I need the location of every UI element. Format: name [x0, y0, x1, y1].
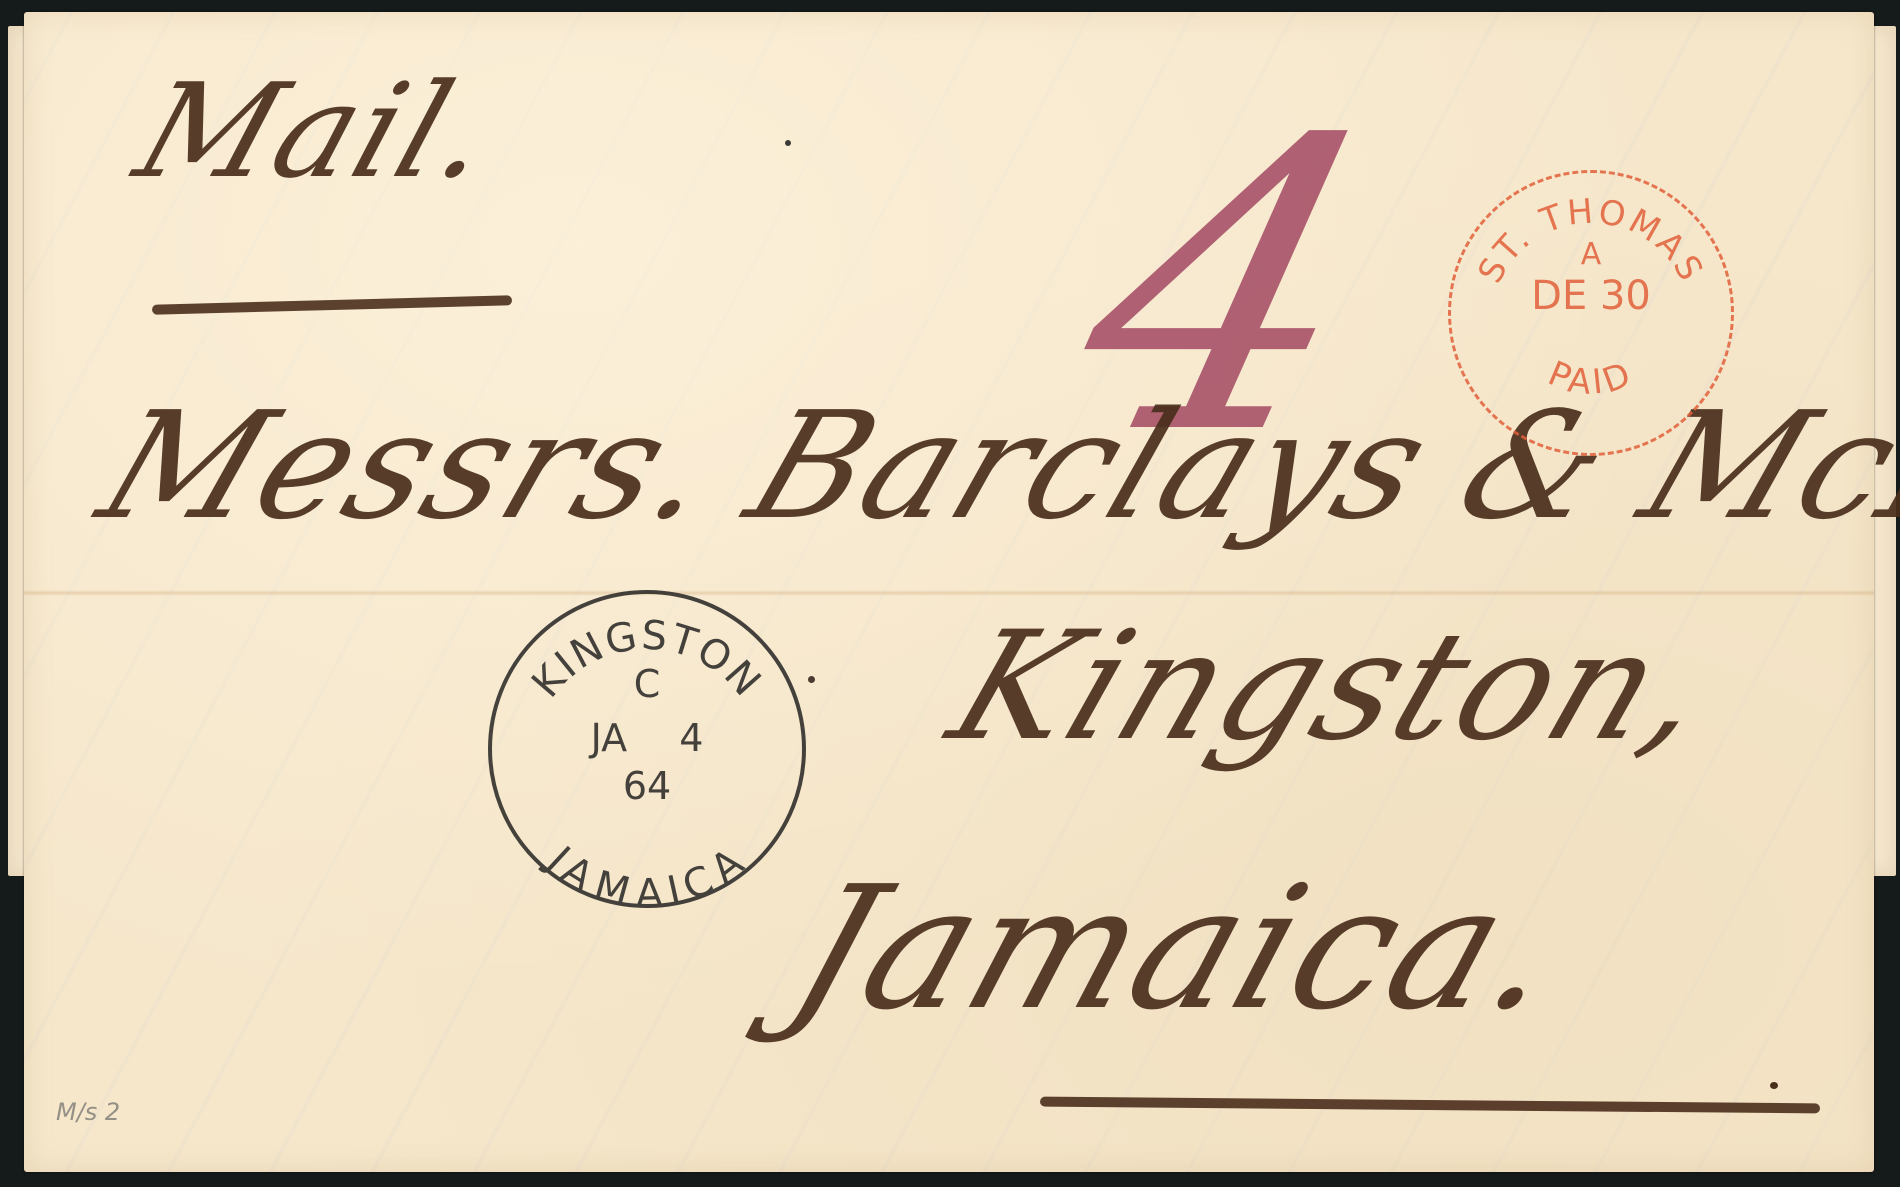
- endorsement-mail: Mail.: [120, 55, 514, 207]
- country-line: Jamaica.: [770, 850, 1587, 1048]
- kingston-year: 64: [492, 764, 802, 808]
- kingston-postmark: KINGSTON JAMAICA C JA 4 64: [488, 590, 806, 908]
- ink-speck: [1770, 1082, 1778, 1089]
- svg-text:PAID: PAID: [1542, 354, 1639, 404]
- ink-speck: [808, 676, 815, 683]
- st-thomas-date: DE 30: [1451, 273, 1731, 319]
- ink-speck: [785, 140, 791, 146]
- st-thomas-code: A: [1451, 237, 1731, 272]
- st-thomas-paid: PAID: [1542, 354, 1639, 404]
- st-thomas-postmark: ST. THOMAS PAID A DE 30: [1448, 170, 1734, 456]
- pencil-notation: M/s 2: [56, 1098, 120, 1126]
- kingston-code: C: [492, 662, 802, 706]
- city-line: Kingston,: [930, 600, 1736, 774]
- fold-crease: [24, 590, 1874, 596]
- kingston-date: JA 4: [492, 716, 802, 760]
